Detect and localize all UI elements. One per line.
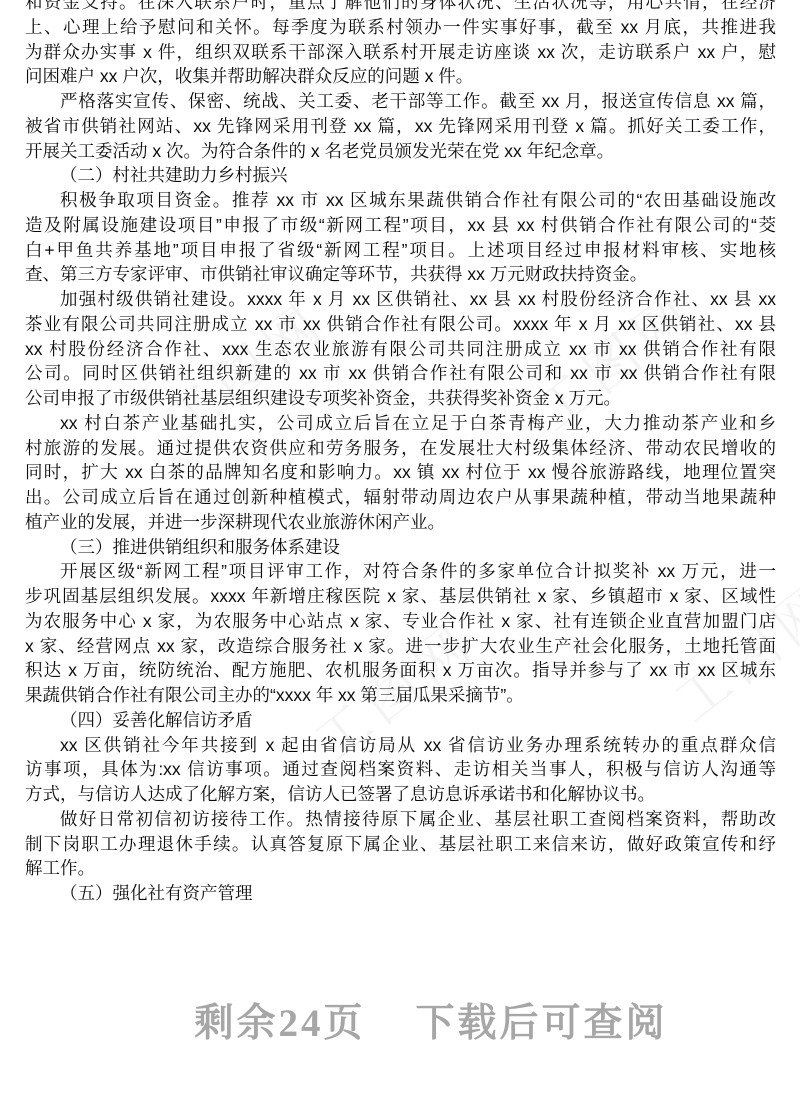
text-line: 方式，与信访人达成了化解方案，信访人已签署了息访息诉承诺书和化解协议书。	[25, 782, 776, 807]
text-line: 被省市供销社网站、xx 先锋网采用刊登 xx 篇，xx 先锋网采用刊登 x 篇。…	[25, 114, 776, 139]
heading-line: （三）推进供销组织和服务体系建设	[25, 535, 776, 560]
text-line: xx 村白茶产业基础扎实，公司成立后旨在立足于白茶青梅产业，大力推动茶产业和乡	[25, 411, 776, 436]
text-line: 加强村级供销社建设。xxxx 年 x 月 xx 区供销社、xx 县 xx 村股份…	[25, 287, 776, 312]
text-line: 开展区级“新网工程”项目评审工作，对符合条件的多家单位合计拟奖补 xx 万元，进…	[25, 559, 776, 584]
heading-line: （五）强化社有资产管理	[25, 881, 776, 906]
download-hint-label: 下载后可查阅	[416, 1001, 668, 1047]
text-line: 做好日常初信初访接待工作。热情接待原下属企业、基层社职工查阅档案资料，帮助改	[25, 807, 776, 832]
remaining-pages-label: 剩余24页	[194, 1001, 365, 1047]
text-line: 严格落实宣传、保密、统战、关工委、老干部等工作。截至 xx 月，报送宣传信息 x…	[25, 89, 776, 114]
document-page: 工图网工图网工图网工图网 和资金支持。在深入联系户时，重点了解他们的身体状况、生…	[0, 0, 800, 1107]
text-line: xx 村股份经济合作社、xxx 生态农业旅游有限公司共同注册成立 xx 市 xx…	[25, 337, 776, 362]
text-line: 植产业的发展，并进一步深耕现代农业旅游休闲产业。	[25, 510, 776, 535]
heading-line: （二）村社共建助力乡村振兴	[25, 163, 776, 188]
text-line: 积达 x 万亩，统防统治、配方施肥、农机服务面积 x 万亩次。指导并参与了 xx…	[25, 658, 776, 683]
text-line: xx 区供销社今年共接到 x 起由省信访局从 xx 省信访业务办理系统转办的重点…	[25, 733, 776, 758]
text-line: 村旅游的发展。通过提供农资供应和劳务服务，在发展壮大村级集体经济、带动农民增收的	[25, 436, 776, 461]
text-line: 为农服务中心 x 家，为农服务中心站点 x 家、专业合作社 x 家、社有连锁企业…	[25, 609, 776, 634]
text-line: 开展关工委活动 x 次。为符合条件的 x 名老党员颁发光荣在党 xx 年纪念章。	[25, 139, 776, 164]
text-line: 和资金支持。在深入联系户时，重点了解他们的身体状况、生活状况等，用心共情，在经济	[25, 0, 776, 15]
text-line: 为群众办实事 x 件，组织双联系干部深入联系村开展走访座谈 xx 次，走访联系户…	[25, 40, 776, 65]
text-line: x 家、经营网点 xx 家，改造综合服务社 x 家。进一步扩大农业生产社会化服务…	[25, 634, 776, 659]
text-line: 茶业有限公司共同注册成立 xx 市 xx 供销合作社有限公司。xxxx 年 x …	[25, 312, 776, 337]
text-line: 访事项，具体为:xx 信访事项。通过查阅档案资料、走访相关当事人，积极与信访人沟…	[25, 757, 776, 782]
text-line: 查、第三方专家评审、市供销社审议确定等环节，共获得 xx 万元财政扶持资金。	[25, 262, 776, 287]
text-line: 公司。同时区供销社组织新建的 xx 市 xx 供销合作社有限公司和 xx 市 x…	[25, 361, 776, 386]
heading-line: （四）妥善化解信访矛盾	[25, 708, 776, 733]
document-body: 和资金支持。在深入联系户时，重点了解他们的身体状况、生活状况等，用心共情，在经济…	[25, 0, 776, 906]
text-line: 出。公司成立后旨在通过创新种植模式，辐射带动周边农户从事果蔬种植，带动当地果蔬种	[25, 485, 776, 510]
text-line: 积极争取项目资金。推荐 xx 市 xx 区城东果蔬供销合作社有限公司的“农田基础…	[25, 188, 776, 213]
text-line: 制下岗职工办理退休手续。认真答复原下属企业、基层社职工来信来访，做好政策宣传和纾	[25, 832, 776, 857]
text-line: 果蔬供销合作社有限公司主办的“xxxx 年 xx 第三届瓜果采摘节”。	[25, 683, 776, 708]
text-line: 上、心理上给予慰问和关怀。每季度为联系村领办一件实事好事，截至 xx 月底，共推…	[25, 15, 776, 40]
text-line: 步巩固基层组织发展。xxxx 年新增庄稼医院 x 家、基层供销社 x 家、乡镇超…	[25, 584, 776, 609]
preview-banner: 剩余24页 下载后可查阅	[31, 1001, 800, 1047]
text-line: 公司申报了市级供销社基层组织建设专项奖补资金，共获得奖补资金 x 万元。	[25, 386, 776, 411]
text-line: 解工作。	[25, 856, 776, 881]
text-line: 同时，扩大 xx 白茶的品牌知名度和影响力。xx 镇 xx 村位于 xx 慢谷旅…	[25, 460, 776, 485]
text-line: 白+甲鱼共养基地”项目申报了省级“新网工程”项目。上述项目经过申报材料审核、实地…	[25, 238, 776, 263]
text-line: 问困难户 xx 户次，收集并帮助解决群众反应的问题 x 件。	[25, 64, 776, 89]
text-line: 造及附属设施建设项目”申报了市级“新网工程”项目，xx 县 xx 村供销合作社有…	[25, 213, 776, 238]
